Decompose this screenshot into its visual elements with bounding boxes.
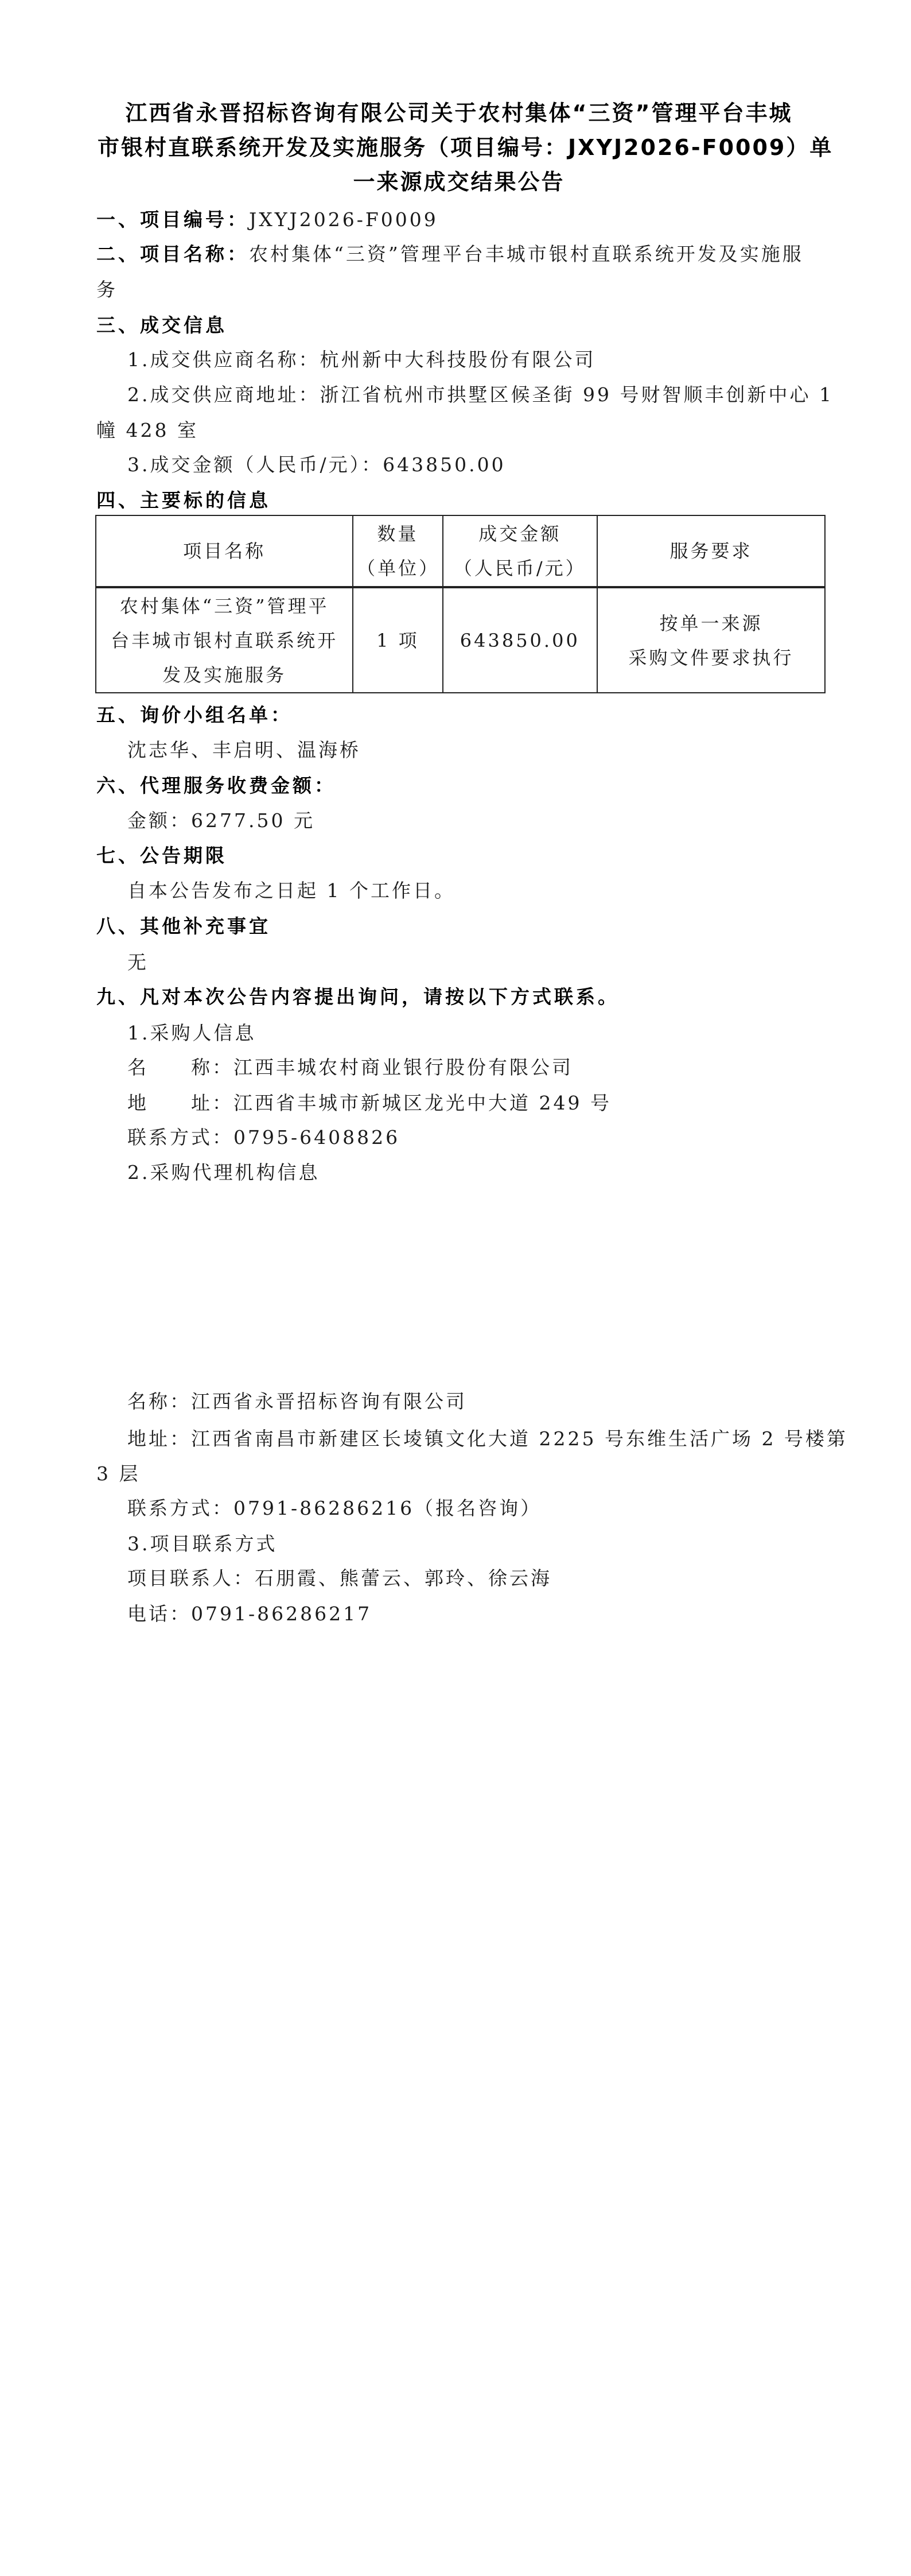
inquiry-group-members: 沈志华、丰启明、温海桥 — [127, 733, 361, 767]
cell-text: 采购文件要求执行 — [601, 641, 821, 675]
header-text: （单位） — [357, 551, 438, 585]
supplier-name: 1.成交供应商名称：杭州新中大科技股份有限公司 — [127, 343, 596, 377]
project-contact-phone: 电话：0791-86286217 — [127, 1597, 372, 1631]
header-quantity: 数量 （单位） — [353, 515, 442, 587]
agency-contact: 联系方式：0791-86286216（报名咨询） — [127, 1491, 542, 1526]
purchaser-contact: 联系方式：0795-6408826 — [127, 1120, 400, 1155]
supplementary-text: 无 — [127, 945, 149, 980]
purchaser-address: 地 址：江西省丰城市新城区龙光中大道 249 号 — [127, 1086, 612, 1120]
table-row: 农村集体“三资”管理平 台丰城市银村直联系统开 发及实施服务 1 项 64385… — [96, 587, 825, 693]
agency-name: 名称：江西省永晋招标咨询有限公司 — [127, 1384, 467, 1419]
cell-quantity: 1 项 — [353, 587, 442, 693]
announcement-page: 江西省永晋招标咨询有限公司关于农村集体“三资”管理平台丰城 市银村直联系统开发及… — [0, 0, 911, 2576]
section-project-number: 一、项目编号：JXYJ2026-F0009 — [96, 203, 438, 237]
project-number-value: JXYJ2026-F0009 — [249, 208, 438, 231]
document-title-line-1: 江西省永晋招标咨询有限公司关于农村集体“三资”管理平台丰城 — [98, 96, 820, 130]
cell-text: 发及实施服务 — [100, 658, 349, 692]
agency-address-wrap: 3 层 — [96, 1457, 141, 1491]
document-title-line-2: 市银村直联系统开发及实施服务（项目编号：JXYJ2026-F0009）单 — [98, 130, 820, 165]
purchaser-info-title: 1.采购人信息 — [127, 1016, 256, 1050]
section-notice-period-heading: 七、公告期限 — [96, 839, 227, 873]
header-text: 成交金额 — [447, 517, 594, 551]
cell-service-requirement: 按单一来源 采购文件要求执行 — [597, 587, 825, 693]
section-inquiry-group-heading: 五、询价小组名单： — [96, 698, 293, 732]
main-subject-table: 项目名称 数量 （单位） 成交金额 （人民币/元） 服务要求 农村集体“三资”管… — [95, 515, 826, 693]
supplier-address: 2.成交供应商地址：浙江省杭州市拱墅区候圣街 99 号财智顺丰创新中心 1 — [127, 378, 834, 412]
section-main-subject-heading: 四、主要标的信息 — [96, 483, 271, 518]
header-service-requirement: 服务要求 — [597, 515, 825, 587]
project-contact-title: 3.项目联系方式 — [127, 1527, 278, 1561]
cell-text: 按单一来源 — [601, 606, 821, 641]
header-text: 项目名称 — [100, 534, 349, 568]
project-name-value-wrap: 务 — [96, 273, 118, 307]
agency-address: 地址：江西省南昌市新建区长堎镇文化大道 2225 号东维生活广场 2 号楼第 — [127, 1422, 848, 1456]
header-text: 服务要求 — [601, 534, 821, 568]
section-project-name: 二、项目名称：农村集体“三资”管理平台丰城市银村直联系统开发及实施服 — [96, 237, 804, 271]
table-header-row: 项目名称 数量 （单位） 成交金额 （人民币/元） 服务要求 — [96, 515, 825, 587]
cell-text: 台丰城市银村直联系统开 — [100, 623, 349, 658]
cell-text: 农村集体“三资”管理平 — [100, 589, 349, 623]
project-name-value: 农村集体“三资”管理平台丰城市银村直联系统开发及实施服 — [249, 243, 804, 265]
cell-project-name: 农村集体“三资”管理平 台丰城市银村直联系统开 发及实施服务 — [96, 587, 353, 693]
header-project-name: 项目名称 — [96, 515, 353, 587]
header-text: （人民币/元） — [447, 551, 594, 585]
section-contact-heading: 九、凡对本次公告内容提出询问，请按以下方式联系。 — [96, 980, 620, 1014]
purchaser-name: 名 称：江西丰城农村商业银行股份有限公司 — [127, 1050, 573, 1085]
header-text: 数量 — [357, 517, 438, 551]
deal-amount: 3.成交金额（人民币/元）：643850.00 — [127, 448, 506, 482]
section-supplementary-heading: 八、其他补充事宜 — [96, 909, 271, 944]
section-heading: 二、项目名称： — [96, 243, 249, 265]
cell-amount: 643850.00 — [443, 587, 598, 693]
section-agency-fee-heading: 六、代理服务收费金额： — [96, 769, 336, 803]
header-amount: 成交金额 （人民币/元） — [443, 515, 598, 587]
section-deal-info-heading: 三、成交信息 — [96, 308, 227, 343]
supplier-address-wrap: 幢 428 室 — [96, 413, 198, 448]
notice-period-text: 自本公告发布之日起 1 个工作日。 — [127, 874, 455, 908]
document-title-line-3: 一来源成交结果公告 — [98, 165, 820, 199]
project-contact-people: 项目联系人：石朋霞、熊蕾云、郭玲、徐云海 — [127, 1561, 552, 1596]
agency-fee-amount: 金额：6277.50 元 — [127, 804, 315, 838]
agency-info-title: 2.采购代理机构信息 — [127, 1155, 320, 1190]
section-heading: 一、项目编号： — [96, 208, 249, 231]
